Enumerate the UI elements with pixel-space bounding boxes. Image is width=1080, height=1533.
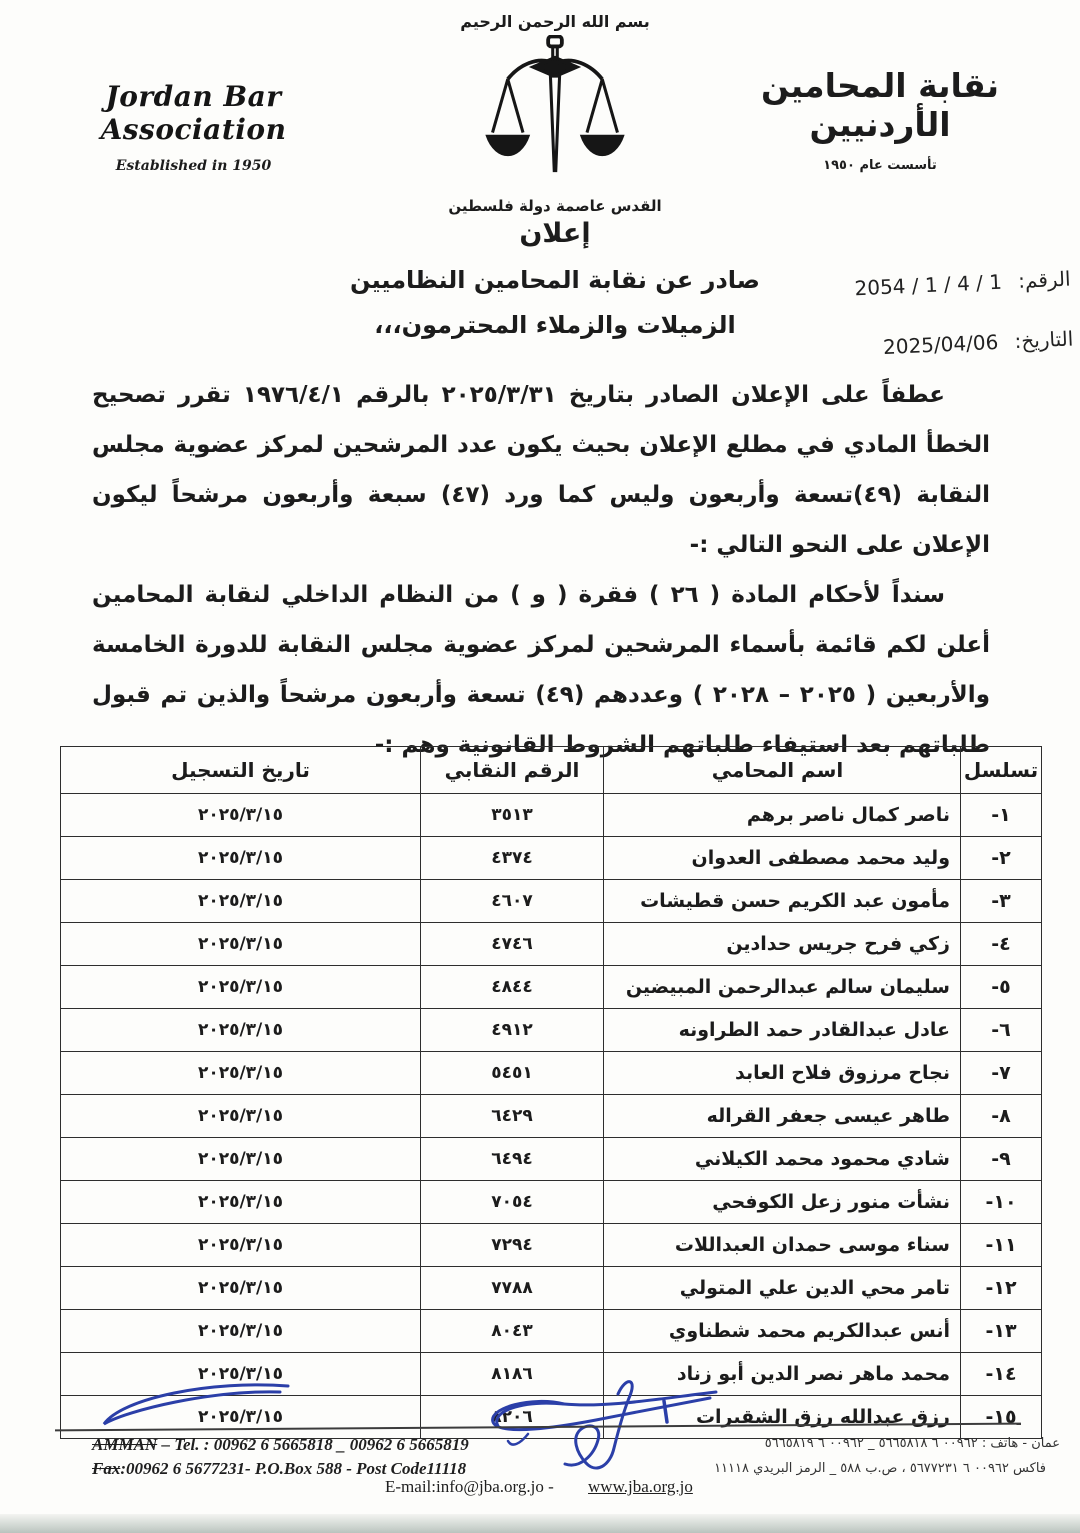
cell-lawyer-name: مأمون عبد الكريم حسن قطيشات [604,880,961,923]
cell-lawyer-name: شادي محمود محمد الكيلاني [604,1138,961,1181]
reference-date-label: التاريخ: [1014,326,1074,353]
cell-bar-number: ٣٥١٣ [421,794,604,837]
org-established-arabic: تأسست عام ١٩٥٠ [700,158,1060,173]
pen-swoosh-mark [92,1378,302,1433]
reference-number-label: الرقم: [1018,267,1071,293]
cell-registration-date: ٢٠٢٥/٣/١٥ [61,923,421,966]
header-arabic-logotype: نقابة المحامين الأردنيين تأسست عام ١٩٥٠ [700,66,1060,173]
cell-bar-number: ٤٩١٢ [421,1009,604,1052]
cell-lawyer-name: وليد محمد مصطفى العدوان [604,837,961,880]
cell-registration-date: ٢٠٢٥/٣/١٥ [61,1052,421,1095]
candidate-row: ٧-نجاح مرزوق فلاح العابد٥٤٥١٢٠٢٥/٣/١٥ [61,1052,1042,1095]
cell-serial: ١١- [961,1224,1042,1267]
cell-serial: ١- [961,794,1042,837]
reference-number-value: 2054 / 1 / 4 / 1 [854,270,1002,301]
candidate-row: ٥-سليمان سالم عبدالرحمن المبيضين٤٨٤٤٢٠٢٥… [61,966,1042,1009]
cell-registration-date: ٢٠٢٥/٣/١٥ [61,1095,421,1138]
website-link[interactable]: www.jba.org.jo [588,1477,693,1496]
candidates-table: تسلسل اسم المحامي الرقم النقابي تاريخ ال… [60,746,1042,1439]
cell-lawyer-name: سليمان سالم عبدالرحمن المبيضين [604,966,961,1009]
candidates-table-body: ١-ناصر كمال ناصر برهم٣٥١٣٢٠٢٥/٣/١٥٢-وليد… [61,794,1042,1439]
cell-lawyer-name: ناصر كمال ناصر برهم [604,794,961,837]
cell-lawyer-name: سناء موسى حمدان العبداللات [604,1224,961,1267]
cell-lawyer-name: تامر محي الدين علي المتولي [604,1267,961,1310]
cell-registration-date: ٢٠٢٥/٣/١٥ [61,966,421,1009]
footer-city: AMMAN [92,1435,157,1454]
cell-lawyer-name: طاهر عيسى جعفر القراله [604,1095,961,1138]
cell-lawyer-name: نشأت منور زعل الكوفحي [604,1181,961,1224]
candidate-row: ١٠-نشأت منور زعل الكوفحي٧٠٥٤٢٠٢٥/٣/١٥ [61,1181,1042,1224]
center-emblem-block: بسم الله الرحمن الرحيم القدس عاصمة دولة … [412,12,698,215]
cell-bar-number: ٤٦٠٧ [421,880,604,923]
announcement-salutation: الزميلات والزملاء المحترمون،،، [310,311,800,339]
cell-bar-number: ٤٨٤٤ [421,966,604,1009]
org-name-arabic: نقابة المحامين الأردنيين [700,66,1060,144]
org-name-english: Jordan Bar Association [46,80,341,146]
cell-serial: ١٣- [961,1310,1042,1353]
cell-bar-number: ٦٤٢٩ [421,1095,604,1138]
cell-bar-number: ٧٧٨٨ [421,1267,604,1310]
reference-block: الرقم: 2054 / 1 / 4 / 1 التاريخ: 2025/04… [740,267,1073,366]
candidate-row: ١١-سناء موسى حمدان العبداللات٧٢٩٤٢٠٢٥/٣/… [61,1224,1042,1267]
cell-lawyer-name: عادل عبدالقادر حمد الطراونه [604,1009,961,1052]
email-text: E-mail:info@jba.org.jo - [385,1477,554,1496]
cell-serial: ٧- [961,1052,1042,1095]
candidate-row: ٨-طاهر عيسى جعفر القراله٦٤٢٩٢٠٢٥/٣/١٥ [61,1095,1042,1138]
scan-bottom-edge [0,1514,1080,1533]
footer-email-line: E-mail:info@jba.org.jo - www.jba.org.jo [385,1477,693,1497]
footer-en-line1: AMMAN – Tel. : 00962 6 5665818 _ 00962 6… [92,1433,469,1457]
announcement-title: إعلان [310,218,800,249]
cell-bar-number: ٥٤٥١ [421,1052,604,1095]
cell-bar-number: ٤٣٧٤ [421,837,604,880]
candidate-row: ٦-عادل عبدالقادر حمد الطراونه٤٩١٢٢٠٢٥/٣/… [61,1009,1042,1052]
header-lawyer-name: اسم المحامي [604,747,961,794]
footer-fax-en: :00962 6 5677231- P.O.Box 588 - Post Cod… [120,1459,466,1478]
cell-serial: ٣- [961,880,1042,923]
candidate-row: ١٢-تامر محي الدين علي المتولي٧٧٨٨٢٠٢٥/٣/… [61,1267,1042,1310]
cell-registration-date: ٢٠٢٥/٣/١٥ [61,880,421,923]
cell-registration-date: ٢٠٢٥/٣/١٥ [61,1181,421,1224]
header-registration-date: تاريخ التسجيل [61,747,421,794]
announcement-subtitle: صادر عن نقابة المحامين النظاميين [310,266,800,294]
emblem-caption: القدس عاصمة دولة فلسطين [412,197,698,215]
cell-bar-number: ٨٠٤٣ [421,1310,604,1353]
cell-registration-date: ٢٠٢٥/٣/١٥ [61,837,421,880]
announcement-body: عطفاً على الإعلان الصادر بتاريخ ٢٠٢٥/٣/٣… [92,370,990,770]
footer-ar-line1: عمان - هاتف : ٠٠٩٦٢ ٦ ٥٦٦٥٨١٨ _ ٠٠٩٦٢ ٦ … [640,1431,1060,1456]
footer-arabic-contacts: عمان - هاتف : ٠٠٩٦٢ ٦ ٥٦٦٥٨١٨ _ ٠٠٩٦٢ ٦ … [640,1431,1060,1481]
cell-serial: ٩- [961,1138,1042,1181]
cell-registration-date: ٢٠٢٥/٣/١٥ [61,794,421,837]
cell-serial: ١٢- [961,1267,1042,1310]
announcement-title-block: إعلان صادر عن نقابة المحامين النظاميين ا… [310,218,800,339]
cell-registration-date: ٢٠٢٥/٣/١٥ [61,1310,421,1353]
cell-registration-date: ٢٠٢٥/٣/١٥ [61,1224,421,1267]
cell-bar-number: ٧٢٩٤ [421,1224,604,1267]
scanned-announcement-document: Jordan Bar Association Established in 19… [0,0,1080,1533]
cell-bar-number: ٤٧٤٦ [421,923,604,966]
cell-lawyer-name: نجاح مرزوق فلاح العابد [604,1052,961,1095]
cell-registration-date: ٢٠٢٥/٣/١٥ [61,1267,421,1310]
cell-registration-date: ٢٠٢٥/٣/١٥ [61,1138,421,1181]
cell-lawyer-name: زكي فرح جريس حدادين [604,923,961,966]
reference-date-line: التاريخ: 2025/04/06 [743,326,1074,365]
cell-serial: ١٤- [961,1353,1042,1396]
org-established-english: Established in 1950 [46,158,341,174]
cell-bar-number: ٧٠٥٤ [421,1181,604,1224]
table-header-row: تسلسل اسم المحامي الرقم النقابي تاريخ ال… [61,747,1042,794]
scales-of-justice-icon [476,35,634,195]
cell-lawyer-name: أنس عبدالكريم محمد شطناوي [604,1310,961,1353]
cell-serial: ١٠- [961,1181,1042,1224]
cell-registration-date: ٢٠٢٥/٣/١٥ [61,1009,421,1052]
candidate-row: ٣-مأمون عبد الكريم حسن قطيشات٤٦٠٧٢٠٢٥/٣/… [61,880,1042,923]
candidate-row: ١٣-أنس عبدالكريم محمد شطناوي٨٠٤٣٢٠٢٥/٣/١… [61,1310,1042,1353]
candidate-row: ٩-شادي محمود محمد الكيلاني٦٤٩٤٢٠٢٥/٣/١٥ [61,1138,1042,1181]
header-serial: تسلسل [961,747,1042,794]
candidate-row: ١-ناصر كمال ناصر برهم٣٥١٣٢٠٢٥/٣/١٥ [61,794,1042,837]
footer-phones-en: – Tel. : 00962 6 5665818 _ 00962 6 56658… [157,1435,469,1454]
footer-fax-label: Fax [92,1459,120,1478]
bismillah-calligraphy: بسم الله الرحمن الرحيم [412,12,698,31]
candidate-row: ٢-وليد محمد مصطفى العدوان٤٣٧٤٢٠٢٥/٣/١٥ [61,837,1042,880]
footer-english-contacts: AMMAN – Tel. : 00962 6 5665818 _ 00962 6… [92,1433,469,1481]
header-english-logotype: Jordan Bar Association Established in 19… [46,80,341,174]
cell-serial: ٨- [961,1095,1042,1138]
body-paragraph-correction: عطفاً على الإعلان الصادر بتاريخ ٢٠٢٥/٣/٣… [92,370,990,570]
reference-date-value: 2025/04/06 [883,330,999,359]
candidate-row: ٤-زكي فرح جريس حدادين٤٧٤٦٢٠٢٥/٣/١٥ [61,923,1042,966]
cell-serial: ٥- [961,966,1042,1009]
cell-serial: ٢- [961,837,1042,880]
cell-serial: ٤- [961,923,1042,966]
header-bar-number: الرقم النقابي [421,747,604,794]
footer-ar-line2: فاكس ٠٠٩٦٢ ٦ ٥٦٧٧٢٣١ ، ص.ب ٥٨٨ _ الرمز ا… [640,1456,1060,1481]
cell-serial: ٦- [961,1009,1042,1052]
body-paragraph-candidates: سنداً لأحكام المادة ( ٢٦ ) فقرة ( و ) من… [92,570,990,770]
cell-bar-number: ٦٤٩٤ [421,1138,604,1181]
